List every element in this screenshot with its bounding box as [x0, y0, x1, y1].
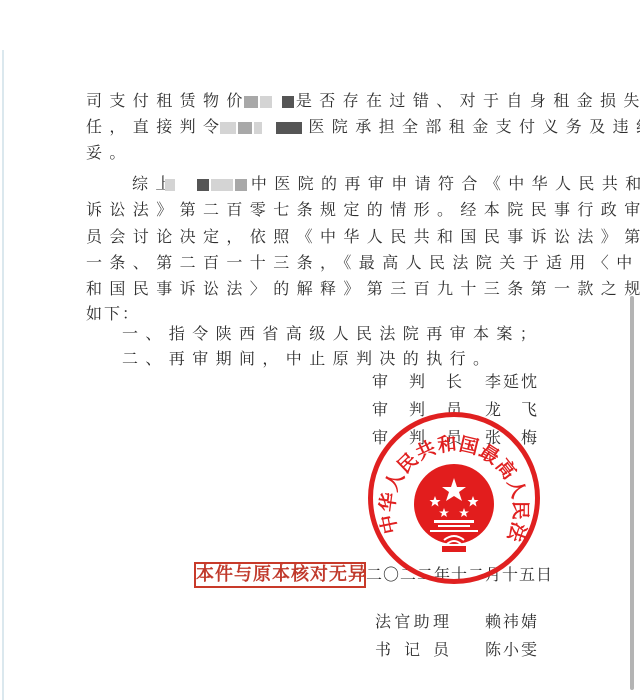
body-line-1: 司支付租赁物价是否存在过错、对于自身租金损失是否负有责: [86, 91, 558, 111]
redaction-block: [244, 96, 258, 108]
text-segment: 和国民事诉讼法〉的解释》第三百九十三条第一款之规定，裁定: [86, 279, 640, 298]
body-line-9: 如下：: [86, 304, 558, 324]
redaction-block: [220, 122, 236, 134]
title-char: 官: [394, 612, 410, 632]
text-segment: 医院承担全部租金支付义务及违约责任欠: [308, 117, 640, 136]
redaction-block: [238, 122, 252, 134]
body-line-8: 和国民事诉讼法〉的解释》第三百九十三条第一款之规定，裁定: [86, 279, 558, 299]
redaction-block: [276, 122, 302, 134]
title-char: 长: [446, 372, 462, 392]
signature-name: 陈小雯: [485, 640, 539, 660]
body-line-7: 一条、第二百一十三条，《最高人民法院关于适用〈中华人民共: [86, 253, 558, 273]
title-char: 书: [375, 640, 391, 660]
text-segment: 一、指令陕西省高级人民法院再审本案；: [122, 324, 543, 343]
verification-stamp: 本件与原本核对无异: [194, 562, 366, 588]
text-segment: 司支付租赁物价: [86, 91, 250, 110]
title-char: 法: [375, 612, 391, 632]
body-line-4: 综上中医院的再审申请符合《中华人民共和国民事: [132, 174, 604, 194]
redaction-block: [235, 179, 247, 191]
redaction-block: [211, 179, 233, 191]
page-edge: [2, 50, 4, 700]
body-line-5: 诉讼法》第二百零七条规定的情形。经本院民事行政审判专业委: [86, 200, 558, 220]
title-char: 判: [409, 372, 425, 392]
ruling-item-1: 一、指令陕西省高级人民法院再审本案；: [122, 324, 594, 344]
text-segment: 任，直接判令: [86, 117, 226, 136]
national-emblem-icon: 中华人民共和国最高人民法院: [368, 412, 540, 584]
text-segment: 诉讼法》第二百零七条规定的情形。经本院民事行政审判专业委: [86, 200, 640, 219]
vertical-scrollbar[interactable]: [630, 296, 634, 690]
text-segment: 二、再审期间，中止原判决的执行。: [122, 349, 496, 368]
redaction-block: [282, 96, 294, 108]
text-segment: 妥。: [86, 143, 133, 162]
redaction-block: [197, 179, 209, 191]
body-line-3: 妥。: [86, 143, 558, 163]
text-segment: 中医院的再审申请符合《中华人民共和国民事: [251, 174, 640, 193]
text-segment: 一条、第二百一十三条，《最高人民法院关于适用〈中华人民共: [86, 253, 640, 272]
signature-name: 赖祎婧: [485, 612, 539, 632]
official-court-seal: 中华人民共和国最高人民法院: [368, 412, 540, 584]
title-char: 理: [433, 612, 449, 632]
signature-title: 书 记 员: [375, 640, 449, 660]
text-segment: 是否存在过错、对于自身租金损失是否负有责: [296, 91, 640, 110]
body-line-2: 任，直接判令医院承担全部租金支付义务及违约责任欠: [86, 117, 558, 137]
redaction-block: [165, 179, 175, 191]
body-line-6: 员会讨论决定，依照《中华人民共和国民事诉讼法》第二百一十: [86, 227, 558, 247]
signature-title: 法 官 助 理: [375, 612, 449, 632]
redaction-block: [260, 96, 272, 108]
text-segment: 员会讨论决定，依照《中华人民共和国民事诉讼法》第二百一十: [86, 227, 640, 246]
title-char: 审: [372, 372, 388, 392]
title-char: 员: [433, 640, 449, 660]
signature-title: 审 判 长: [372, 372, 462, 392]
signature-name: 李延忱: [485, 372, 539, 392]
text-segment: 如下：: [86, 304, 140, 323]
redaction-block: [254, 122, 262, 134]
title-char: 助: [414, 612, 430, 632]
title-char: 记: [404, 640, 420, 660]
ruling-item-2: 二、再审期间，中止原判决的执行。: [122, 349, 594, 369]
